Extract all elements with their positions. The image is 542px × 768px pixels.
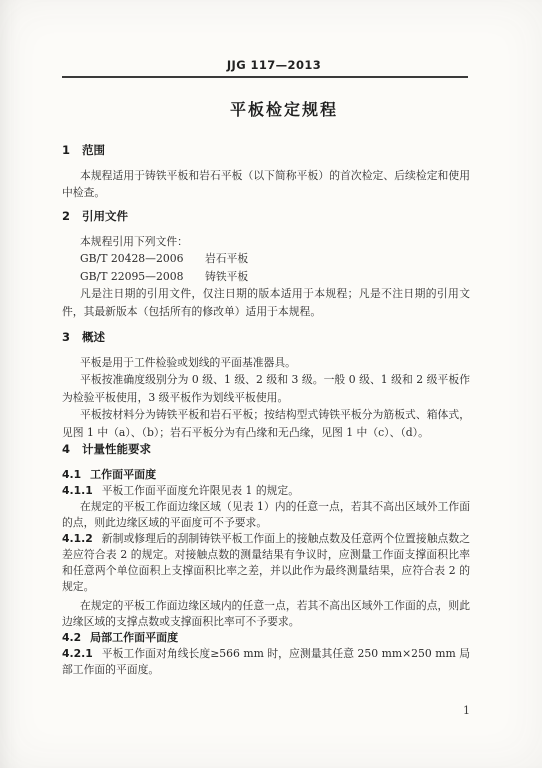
paragraph-overview-1: 平板是用于工件检验或划线的平面基准器具。 — [62, 354, 470, 372]
clause-4-1-2-number: 4.1.2 — [62, 532, 93, 545]
section-3-number: 3 — [62, 329, 82, 347]
clause-4-1-1-number: 4.1.1 — [62, 484, 93, 497]
paragraph-edge-zone-flatness: 在规定的平板工作面边缘区域（见表 1）内的任意一点，若其不高出区域外工作面的点，… — [62, 499, 470, 531]
clause-4-1-number: 4.1 — [62, 468, 81, 481]
clause-4-1-1-text: 平板工作面平面度允许限见表 1 的规定。 — [102, 484, 299, 497]
clause-4-1-heading: 4.1工作面平面度 — [62, 467, 470, 483]
paragraph-scope: 本规程适用于铸铁平板和岩石平板（以下简称平板）的首次检定、后续检定和使用中检查。 — [62, 167, 470, 202]
section-4-title: 计量性能要求 — [82, 442, 151, 456]
clause-4-1-2-text: 新制或修理后的刮制铸铁平板工作面上的接触点数及任意两个位置接触点数之差应符合表 … — [62, 532, 470, 593]
paragraph-overview-2: 平板按准确度级别分为 0 级、1 级、2 级和 3 级。一般 0 级、1 级和 … — [62, 371, 470, 406]
clause-4-2-1-number: 4.2.1 — [62, 647, 93, 660]
clause-4-2-title: 局部工作面平面度 — [90, 631, 178, 644]
section-1-heading: 1范围 — [62, 142, 470, 160]
clause-4-1-title: 工作面平面度 — [90, 468, 156, 481]
clause-4-2-1: 4.2.1平板工作面对角线长度≥566 mm 时，应测量其任意 250 mm×2… — [62, 646, 470, 678]
section-2-title: 引用文件 — [82, 209, 128, 223]
section-2-heading: 2引用文件 — [62, 208, 470, 226]
section-1-title: 范围 — [82, 143, 105, 157]
paragraph-references-intro: 本规程引用下列文件： — [62, 233, 470, 251]
reference-item-1: GB/T 20428—2006 岩石平板 — [62, 250, 470, 268]
clause-4-1-1: 4.1.1平板工作面平面度允许限见表 1 的规定。 — [62, 483, 470, 499]
clause-4-2-number: 4.2 — [62, 631, 81, 644]
paragraph-edge-zone-contact-points: 在规定的平板工作面边缘区域内的任意一点，若其不高出区域外工作面的点，则此边缘区域… — [62, 598, 470, 630]
page-number: 1 — [62, 704, 470, 717]
clause-4-1-2: 4.1.2新制或修理后的刮制铸铁平板工作面上的接触点数及任意两个位置接触点数之差… — [62, 531, 470, 595]
document-body: 1范围 本规程适用于铸铁平板和岩石平板（以下简称平板）的首次检定、后续检定和使用… — [62, 142, 470, 678]
section-2-number: 2 — [62, 208, 82, 226]
section-3-title: 概述 — [82, 330, 105, 344]
paragraph-overview-3: 平板按材料分为铸铁平板和岩石平板；按结构型式铸铁平板分为筋板式、箱体式，见图 1… — [62, 406, 470, 441]
section-3-heading: 3概述 — [62, 329, 470, 347]
standard-code-header: JJG 117—2013 — [70, 58, 478, 72]
reference-item-2: GB/T 22095—2008 铸铁平板 — [62, 268, 470, 286]
clause-4-2-1-text: 平板工作面对角线长度≥566 mm 时，应测量其任意 250 mm×250 mm… — [62, 647, 470, 676]
paragraph-dated-references: 凡是注日期的引用文件，仅注日期的版本适用于本规程；凡是不注日期的引用文件，其最新… — [62, 285, 470, 320]
section-1-number: 1 — [62, 142, 82, 160]
section-4-number: 4 — [62, 441, 82, 459]
clause-4-2-heading: 4.2局部工作面平面度 — [62, 630, 470, 646]
section-4-heading: 4计量性能要求 — [62, 441, 470, 459]
document-title: 平板检定规程 — [80, 97, 488, 120]
header-rule — [62, 76, 468, 78]
scanned-document-page: JJG 117—2013 平板检定规程 1范围 本规程适用于铸铁平板和岩石平板（… — [0, 0, 542, 768]
